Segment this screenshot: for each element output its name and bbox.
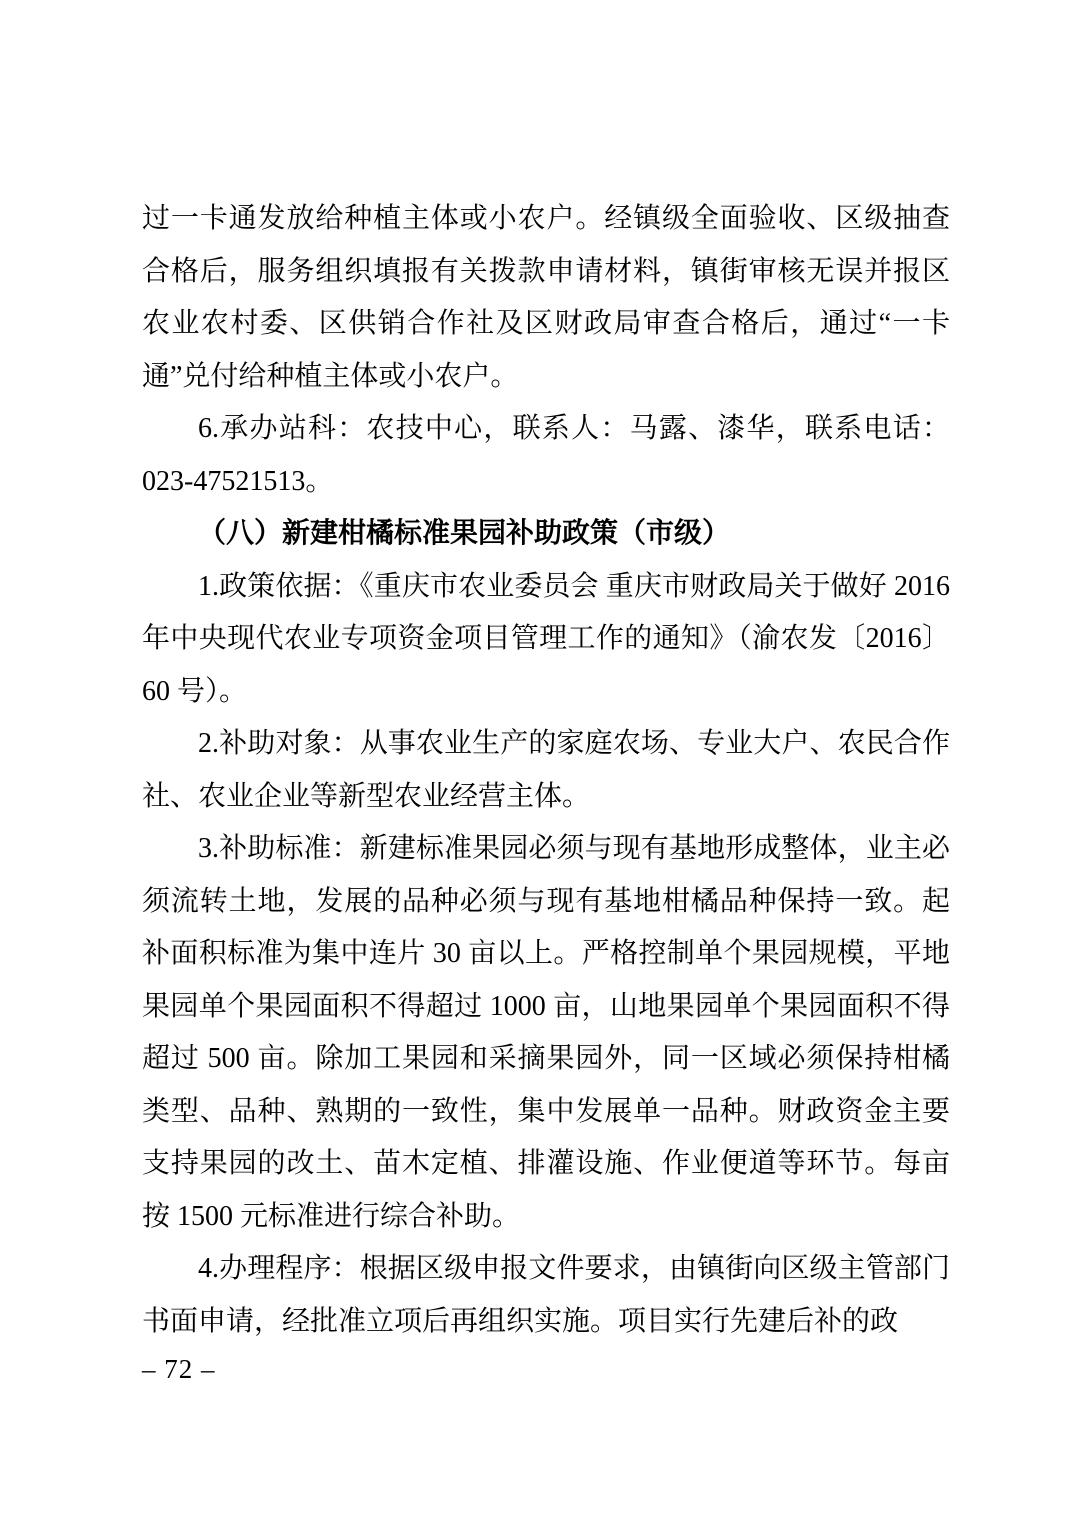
paragraph-item-2-subsidy-targets: 2.补助对象：从事农业生产的家庭农场、专业大户、农民合作社、农业企业等新型农业经… [142,718,950,823]
page-number: – 72 – [142,1352,216,1386]
paragraph-item-6-contact: 6.承办站科：农技中心，联系人：马露、漆华，联系电话：023-47521513。 [142,403,950,508]
paragraph-carryover: 过一卡通发放给种植主体或小农户。经镇级全面验收、区级抽查合格后，服务组织填报有关… [142,193,950,403]
paragraph-item-1-policy-basis: 1.政策依据：《重庆市农业委员会 重庆市财政局关于做好 2016 年中央现代农业… [142,561,950,719]
document-body: 过一卡通发放给种植主体或小农户。经镇级全面验收、区级抽查合格后，服务组织填报有关… [142,193,950,1348]
section-heading: （八）新建柑橘标准果园补助政策（市级） [142,508,950,561]
paragraph-item-4-procedure: 4.办理程序：根据区级申报文件要求，由镇街向区级主管部门书面申请，经批准立项后再… [142,1243,950,1348]
document-page: 过一卡通发放给种植主体或小农户。经镇级全面验收、区级抽查合格后，服务组织填报有关… [0,0,1074,1520]
paragraph-item-3-subsidy-standard: 3.补助标准：新建标准果园必须与现有基地形成整体，业主必须流转土地，发展的品种必… [142,823,950,1243]
